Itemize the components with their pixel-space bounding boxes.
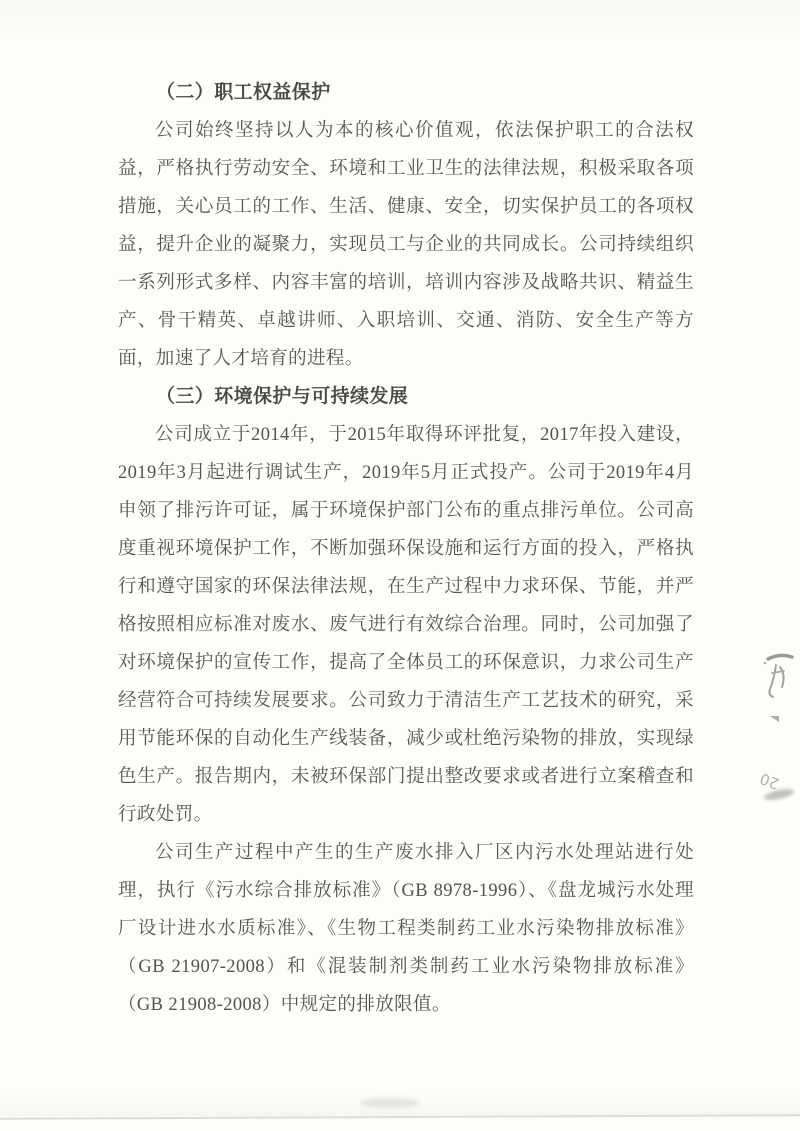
scan-noise-top bbox=[0, 0, 800, 50]
section-environmental-protection: （三）环境保护与可持续发展 公司成立于2014年，于2015年取得环评批复，20… bbox=[118, 378, 694, 1024]
scan-shadow-bottom bbox=[0, 1090, 800, 1116]
section-heading: （三）环境保护与可持续发展 bbox=[118, 378, 694, 416]
scan-artifact-handwritten-number: 20 bbox=[757, 769, 781, 792]
paragraph: 公司始终坚持以人为本的核心价值观，依法保护职工的合法权益，严格执行劳动安全、环境… bbox=[118, 112, 694, 378]
scan-artifact-smudge bbox=[763, 787, 794, 802]
scan-artifact-scribble bbox=[758, 645, 798, 707]
paragraph: 公司生产过程中产生的生产废水排入厂区内污水处理站进行处理，执行《污水综合排放标准… bbox=[118, 834, 694, 1024]
scan-artifact-triangle bbox=[770, 716, 779, 722]
page-edge-line bbox=[0, 1114, 800, 1119]
paragraph: 公司成立于2014年，于2015年取得环评批复，2017年投入建设，2019年3… bbox=[118, 416, 694, 834]
section-heading: （二）职工权益保护 bbox=[118, 74, 694, 112]
section-employee-rights: （二）职工权益保护 公司始终坚持以人为本的核心价值观，依法保护职工的合法权益，严… bbox=[118, 74, 694, 378]
document-text-block: （二）职工权益保护 公司始终坚持以人为本的核心价值观，依法保护职工的合法权益，严… bbox=[118, 74, 694, 1024]
scan-smudge-bottom bbox=[360, 1098, 420, 1108]
scanned-document-page: （二）职工权益保护 公司始终坚持以人为本的核心价值观，依法保护职工的合法权益，严… bbox=[0, 0, 800, 1131]
